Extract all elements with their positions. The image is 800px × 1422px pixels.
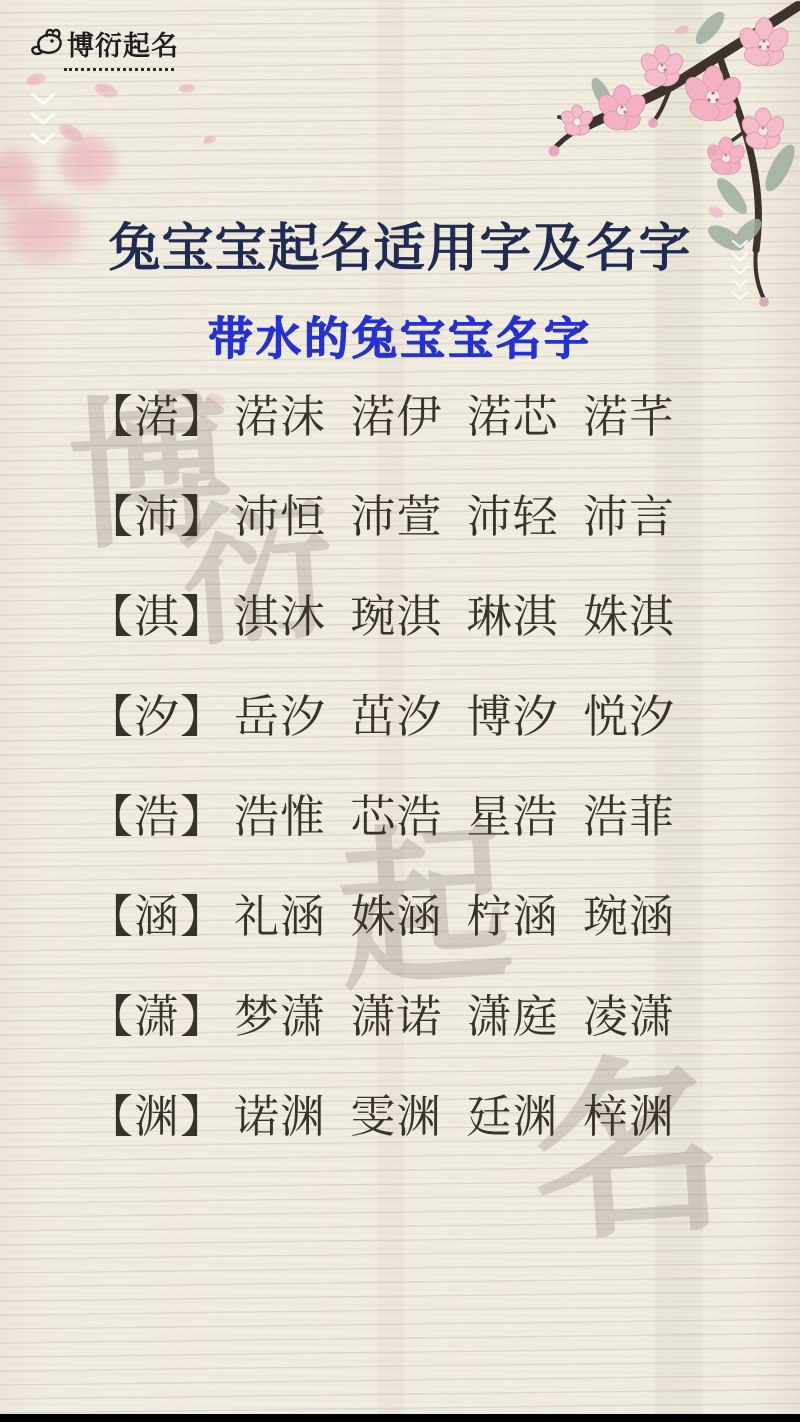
row-key-group: 【浩】 <box>88 780 226 845</box>
petal-icon <box>93 81 119 99</box>
chevron-down-icon <box>30 132 56 145</box>
bracket-close: 】 <box>180 580 226 645</box>
name-row: 【涵】 礼涵 姝涵 柠涵 琬涵 <box>88 862 675 962</box>
row-key: 沛 <box>134 480 180 545</box>
poster: 博 衍 起 名 <box>0 0 800 1422</box>
name-row: 【渊】 诺渊 雯渊 廷渊 梓渊 <box>88 1062 675 1162</box>
bracket-close: 】 <box>180 780 226 845</box>
row-names: 淇沐 琬淇 琳淇 姝淇 <box>234 580 675 645</box>
row-names: 渃沫 渃伊 渃芯 渃芊 <box>234 380 675 445</box>
row-key: 渊 <box>134 1080 180 1145</box>
brand-logo-text: 博衍起名 <box>67 24 179 63</box>
row-names: 礼涵 姝涵 柠涵 琬涵 <box>234 880 675 945</box>
blossom-branch-illustration <box>464 0 800 340</box>
bracket-open: 【 <box>88 780 134 845</box>
bracket-close: 】 <box>180 480 226 545</box>
chevron-down-icon <box>732 292 748 300</box>
row-key-group: 【潇】 <box>88 980 226 1045</box>
row-key-group: 【涵】 <box>88 880 226 945</box>
name-row: 【汐】 岳汐 茁汐 博汐 悦汐 <box>88 662 675 762</box>
bottom-border-bar <box>0 1414 800 1422</box>
row-names: 梦潇 潇诺 潇庭 凌潇 <box>234 980 675 1045</box>
row-names: 岳汐 茁汐 博汐 悦汐 <box>234 680 675 745</box>
row-key: 涵 <box>134 880 180 945</box>
petal-icon <box>202 133 217 146</box>
row-key-group: 【渃】 <box>88 380 226 445</box>
name-row: 【渃】 渃沫 渃伊 渃芯 渃芊 <box>88 362 675 462</box>
rabbit-icon <box>28 27 64 61</box>
petal-icon <box>178 83 196 94</box>
page-title: 兔宝宝起名适用字及名字 <box>0 206 800 281</box>
bracket-open: 【 <box>88 380 134 445</box>
bracket-close: 】 <box>180 380 226 445</box>
bracket-close: 】 <box>180 980 226 1045</box>
bracket-close: 】 <box>180 1080 226 1145</box>
row-names: 沛恒 沛萱 沛轻 沛言 <box>234 480 675 545</box>
petal-icon <box>25 71 48 88</box>
name-row: 【浩】 浩惟 芯浩 星浩 浩菲 <box>88 762 675 862</box>
petal-blob <box>58 136 118 190</box>
row-names: 浩惟 芯浩 星浩 浩菲 <box>234 780 675 845</box>
row-key-group: 【淇】 <box>88 580 226 645</box>
row-key: 渃 <box>134 380 180 445</box>
bracket-open: 【 <box>88 880 134 945</box>
bracket-open: 【 <box>88 480 134 545</box>
chevron-down-icon <box>30 112 56 125</box>
bracket-open: 【 <box>88 580 134 645</box>
logo-underline <box>64 68 174 71</box>
bracket-open: 【 <box>88 980 134 1045</box>
row-key: 浩 <box>134 780 180 845</box>
name-row: 【潇】 梦潇 潇诺 潇庭 凌潇 <box>88 962 675 1062</box>
row-key-group: 【沛】 <box>88 480 226 545</box>
page-subtitle: 带水的兔宝宝名字 <box>0 302 800 367</box>
name-row: 【沛】 沛恒 沛萱 沛轻 沛言 <box>88 462 675 562</box>
name-row: 【淇】 淇沐 琬淇 琳淇 姝淇 <box>88 562 675 662</box>
petal-blob <box>0 148 38 210</box>
chevron-down-icon <box>30 92 56 105</box>
bracket-close: 】 <box>180 880 226 945</box>
row-key: 淇 <box>134 580 180 645</box>
bracket-open: 【 <box>88 1080 134 1145</box>
row-key-group: 【汐】 <box>88 680 226 745</box>
name-list: 【渃】 渃沫 渃伊 渃芯 渃芊 【沛】 沛恒 沛萱 沛轻 沛言 【淇】 淇沐 琬… <box>88 362 675 1162</box>
row-key-group: 【渊】 <box>88 1080 226 1145</box>
bracket-close: 】 <box>180 680 226 745</box>
bracket-open: 【 <box>88 680 134 745</box>
row-key: 汐 <box>134 680 180 745</box>
left-chevrons <box>30 92 56 145</box>
brand-logo: 博衍起名 <box>28 24 179 63</box>
row-key: 潇 <box>134 980 180 1045</box>
petal-icon <box>56 121 85 144</box>
row-names: 诺渊 雯渊 廷渊 梓渊 <box>234 1080 675 1145</box>
